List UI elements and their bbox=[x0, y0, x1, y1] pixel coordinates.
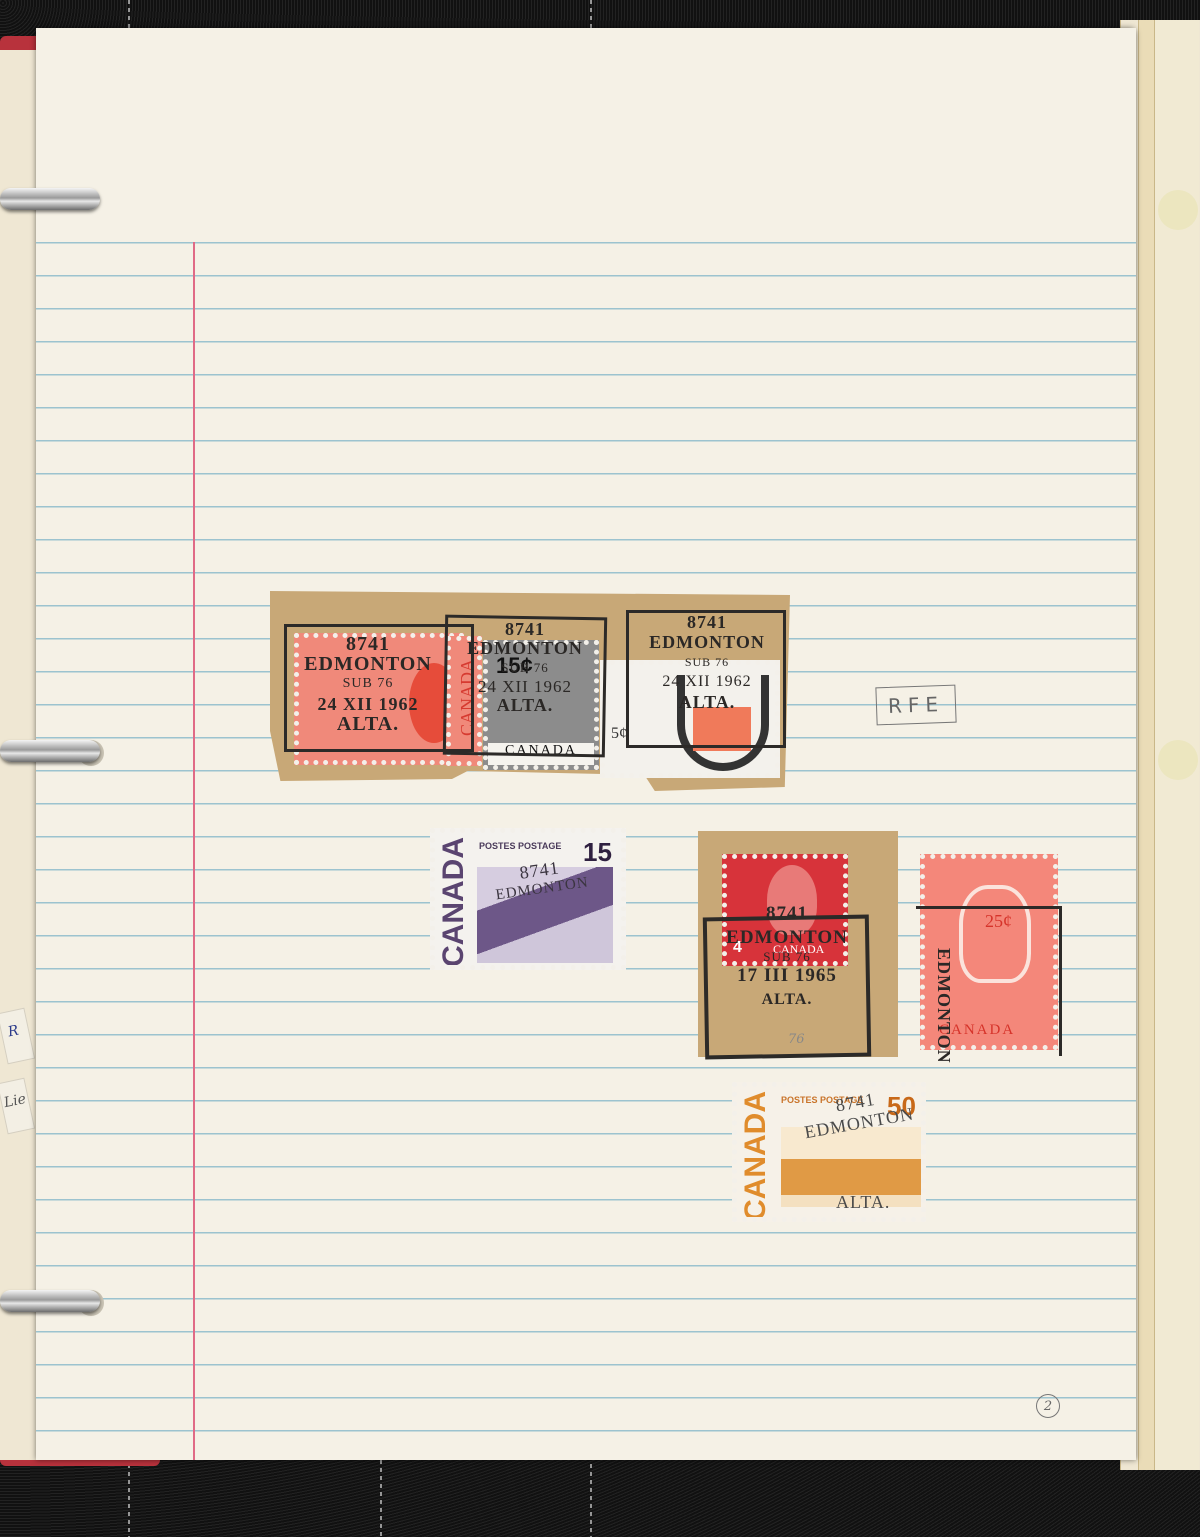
rfe-mark-middle: RFE bbox=[875, 685, 956, 726]
postmark-date: 17 III 1965 bbox=[712, 964, 862, 988]
postmark-date: 24 XII 1962 bbox=[450, 677, 600, 696]
stamp-country: CANADA bbox=[437, 837, 471, 967]
entry-date: O 17-11-61 bbox=[774, 208, 864, 227]
closed-line: Closed 31 Dec.1974 bbox=[650, 132, 839, 154]
postmark-number: 8741 bbox=[632, 612, 782, 632]
stamp-denomination: 5¢ bbox=[611, 725, 627, 743]
postmark-date: 24 XII 1962 bbox=[632, 672, 782, 692]
stamp-label: POSTES POSTAGE bbox=[479, 841, 561, 851]
stitching bbox=[380, 1460, 382, 1537]
postmark-text: EDMONTON bbox=[933, 948, 954, 1064]
postmark-province: ALTA. bbox=[298, 714, 438, 734]
postmark-date: 24 XII 1962 bbox=[298, 694, 438, 714]
postmark-number: 8741 bbox=[450, 620, 600, 639]
postmark-number: 8741 bbox=[298, 634, 438, 654]
postmaster-name: Dennis Nicholas Strilchuk bbox=[436, 206, 674, 227]
postmark-sub: SUB 76 bbox=[712, 950, 862, 964]
postmark-sub: SUB 76 bbox=[632, 652, 782, 672]
under-stamp-note: 76 bbox=[788, 1032, 805, 1047]
side-slip-label: Lie bbox=[3, 1091, 28, 1111]
entry-address: 5809 - 118 Ave. bbox=[232, 208, 358, 227]
postmark-city: EDMONTON bbox=[632, 632, 782, 652]
postmark-province: ALTA. bbox=[836, 1192, 890, 1213]
reinforcement-ring bbox=[1158, 190, 1198, 230]
closed-label: Closed bbox=[650, 132, 730, 154]
side-slip-label: R bbox=[6, 1023, 20, 1041]
reinforcement-ring bbox=[1158, 740, 1198, 780]
binder-ring bbox=[0, 188, 100, 210]
rfe-mark-top: RFE bbox=[887, 58, 961, 102]
album-page: 8741 Edmonton Sub No. 76 Opened 17 Nov 6… bbox=[36, 28, 1136, 1460]
side-slip: Lie bbox=[0, 1078, 35, 1135]
office-title: 8741 Edmonton Sub No. 76 bbox=[208, 106, 482, 128]
closed-date: 31 Dec.1974 bbox=[730, 133, 839, 153]
postmark-city: EDMONTON bbox=[712, 926, 862, 950]
location: Located Edmonton East bbox=[650, 155, 889, 177]
postmark-province: ALTA. bbox=[712, 988, 862, 1012]
page-number: 2 bbox=[1036, 1394, 1060, 1418]
postmark-text: 8741 EDMONTON SUB 76 24 XII 1962 ALTA. bbox=[632, 612, 782, 712]
side-slip: R bbox=[0, 1008, 35, 1065]
postmark-city: EDMONTON bbox=[450, 639, 600, 658]
margin-line bbox=[193, 28, 195, 1460]
postmark-province: ALTA. bbox=[632, 692, 782, 712]
entry-number: 8741 bbox=[131, 208, 172, 227]
postmark-text: 8741 EDMONTON SUB 76 17 III 1965 ALTA. bbox=[712, 902, 862, 1012]
binder-ring bbox=[0, 740, 100, 762]
postmark-text: 8741 EDMONTON SUB 76 24 XII 1962 ALTA. bbox=[450, 620, 600, 715]
postmark-number: 8741 bbox=[712, 902, 862, 926]
postmark-province: ALTA. bbox=[450, 696, 600, 715]
stamp-country: CANADA bbox=[739, 1091, 773, 1221]
postmark-text: 8741 EDMONTON SUB 76 24 XII 1962 ALTA. bbox=[298, 634, 438, 734]
postmark-city: EDMONTON bbox=[298, 654, 438, 674]
stamp-denomination: 15 bbox=[583, 837, 612, 868]
opened-date: Opened 17 Nov 61 bbox=[650, 108, 832, 130]
postmark-city: EDMONTON bbox=[934, 948, 954, 1064]
postmark-sub: SUB 76 bbox=[298, 674, 438, 694]
binder-ring bbox=[0, 1290, 100, 1312]
postmark-sub: SUB 76 bbox=[450, 658, 600, 677]
